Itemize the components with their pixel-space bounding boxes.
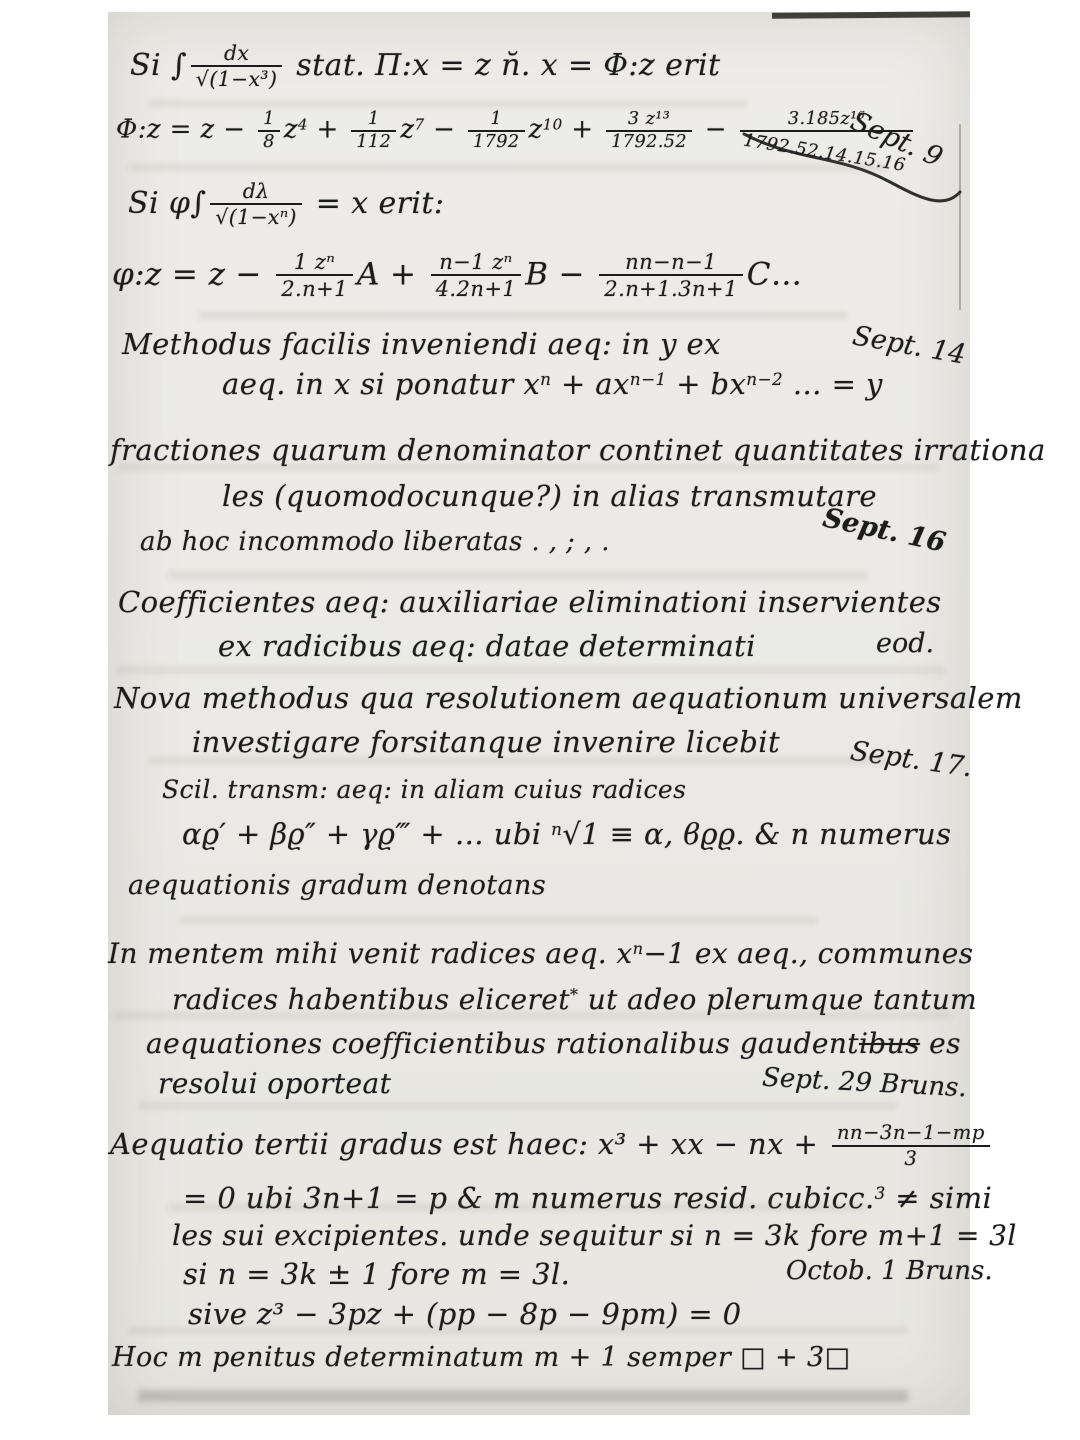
manuscript-line-5: Methodus facilis inveniendi aeq: in y ex: [122, 328, 721, 361]
manuscript-line-8: les (quomodocunque?) in alias transmutar…: [222, 480, 877, 513]
show-through-smudge: [116, 667, 946, 674]
manuscript-page: Si ∫dx√(1−x³) stat. Π:x = z n̆. x = Φ:z …: [108, 12, 970, 1415]
show-through-smudge: [198, 312, 848, 319]
show-through-smudge: [168, 1204, 868, 1211]
manuscript-line-14: Scil. transm: aeq: in aliam cuius radice…: [162, 776, 686, 805]
manuscript-line-24: si n = 3k ± 1 fore m = 3l.: [183, 1258, 570, 1291]
manuscript-line-16: aequationis gradum denotans: [128, 870, 546, 901]
manuscript-line-6: aeq. in x si ponatur xn + axn−1 + bxn−2 …: [222, 368, 883, 401]
manuscript-line-12: Nova methodus qua resolutionem aequation…: [114, 682, 1023, 715]
manuscript-line-23: les sui excipientes. unde sequitur si n …: [172, 1220, 1017, 1252]
entry-date-6: Sept. 29 Bruns.: [761, 1063, 967, 1104]
show-through-smudge: [148, 757, 888, 764]
show-through-smudge: [168, 572, 868, 579]
manuscript-line-17: In mentem mihi venit radices aeq. xn−1 e…: [108, 938, 973, 970]
manuscript-line-4: φ:z = z − 1 zⁿ2.n+1A + n−1 zⁿ4.2n+1B − n…: [112, 250, 802, 300]
manuscript-line-15: αϱ′ + βϱ″ + γϱ‴ + … ubi n√1 ≡ α, ϐϱϱ. & …: [182, 818, 951, 851]
paper-crease-line: [959, 124, 961, 310]
manuscript-line-9: ab hoc incommodo liberatas . , ; , .: [140, 528, 610, 558]
scan-edge-artifact: [772, 11, 970, 18]
manuscript-line-21: Aequatio tertii gradus est haec: x³ + xx…: [110, 1122, 994, 1169]
manuscript-line-7: fractiones quarum denominator continet q…: [110, 434, 1046, 467]
show-through-smudge: [128, 164, 888, 171]
show-through-smudge: [138, 1102, 898, 1109]
show-through-smudge: [118, 464, 938, 471]
manuscript-line-10: Coefficientes aeq: auxiliariae eliminati…: [118, 586, 942, 619]
bottom-ink-smudge: [138, 1390, 908, 1402]
show-through-smudge: [148, 100, 748, 107]
manuscript-line-3: Si φ∫dλ√(1−xⁿ) = x erit:: [128, 180, 444, 229]
entry-date-2: Sept. 14: [850, 320, 968, 370]
show-through-smudge: [112, 1012, 952, 1019]
entry-date-7: Octob. 1 Bruns.: [786, 1256, 993, 1286]
manuscript-line-11: ex radicibus aeq: datae determinati: [218, 630, 756, 663]
manuscript-line-1: Si ∫dx√(1−x³) stat. Π:x = z n̆. x = Φ:z …: [130, 42, 720, 91]
manuscript-line-26: Hoc m penitus determinatum m + 1 semper …: [112, 1342, 851, 1373]
entry-date-4: eod.: [876, 628, 934, 659]
manuscript-line-2: Φ:z = z − 18z4 + 1112z7 − 11792z10 + 3 z…: [116, 110, 917, 153]
manuscript-line-13: investigare forsitanque invenire licebit: [192, 726, 780, 759]
scan-background: Si ∫dx√(1−x³) stat. Π:x = z n̆. x = Φ:z …: [0, 0, 1080, 1440]
show-through-smudge: [178, 917, 818, 924]
manuscript-line-19: aequationes coefficientibus rationalibus…: [146, 1028, 961, 1060]
manuscript-line-20: resolui oporteat: [158, 1068, 391, 1100]
show-through-smudge: [128, 1327, 908, 1334]
entry-date-3: Sept. 16: [820, 502, 948, 558]
